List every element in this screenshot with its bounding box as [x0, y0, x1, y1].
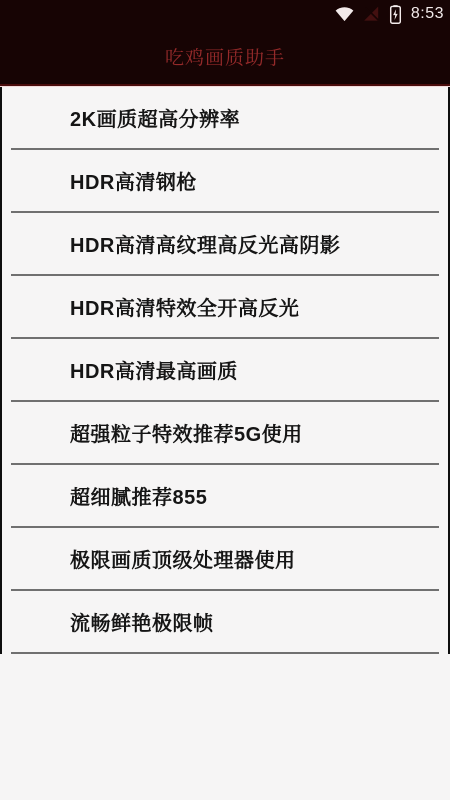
cellular-no-signal-icon [363, 6, 380, 22]
list-item-particle-effects-5g[interactable]: 超强粒子特效推荐5G使用 [2, 402, 448, 463]
list-item-smooth-vivid-extreme-fps[interactable]: 流畅鲜艳极限帧 [2, 591, 448, 652]
app-title: 吃鸡画质助手 [165, 43, 285, 70]
status-time: 8:53 [411, 6, 444, 22]
list-item-2k-resolution[interactable]: 2K画质超高分辨率 [2, 87, 448, 148]
wifi-icon [335, 6, 354, 22]
list-item-label: 极限画质顶级处理器使用 [70, 544, 296, 573]
list-item-label: 超强粒子特效推荐5G使用 [70, 418, 303, 447]
list-item-hdr-texture-reflection-shadow[interactable]: HDR高清高纹理高反光高阴影 [2, 213, 448, 274]
list-item-label: HDR高清钢枪 [70, 166, 197, 195]
list-item-label: HDR高清最高画质 [70, 355, 238, 384]
list-item-label: HDR高清高纹理高反光高阴影 [70, 229, 340, 258]
list-item-label: 流畅鲜艳极限帧 [70, 607, 214, 636]
status-bar: 8:53 [0, 0, 450, 28]
divider [11, 652, 439, 654]
list-item-hdr-hd-gunplay[interactable]: HDR高清钢枪 [2, 150, 448, 211]
list-item-hdr-max-quality[interactable]: HDR高清最高画质 [2, 339, 448, 400]
app-screen: 8:53 吃鸡画质助手 2K画质超高分辨率 HDR高清钢枪 HDR高清高纹理高反… [0, 0, 450, 800]
quality-options-list: 2K画质超高分辨率 HDR高清钢枪 HDR高清高纹理高反光高阴影 HDR高清特效… [0, 87, 450, 654]
list-item-hdr-effects-full[interactable]: HDR高清特效全开高反光 [2, 276, 448, 337]
list-item-label: HDR高清特效全开高反光 [70, 292, 299, 321]
app-bar: 吃鸡画质助手 [0, 28, 450, 84]
top-bar: 8:53 吃鸡画质助手 [0, 0, 450, 87]
list-item-label: 2K画质超高分辨率 [70, 103, 240, 132]
list-item-label: 超细腻推荐855 [70, 481, 207, 510]
list-item-ultra-smooth-855[interactable]: 超细腻推荐855 [2, 465, 448, 526]
battery-charging-icon [389, 5, 402, 24]
list-item-extreme-quality-top-cpu[interactable]: 极限画质顶级处理器使用 [2, 528, 448, 589]
